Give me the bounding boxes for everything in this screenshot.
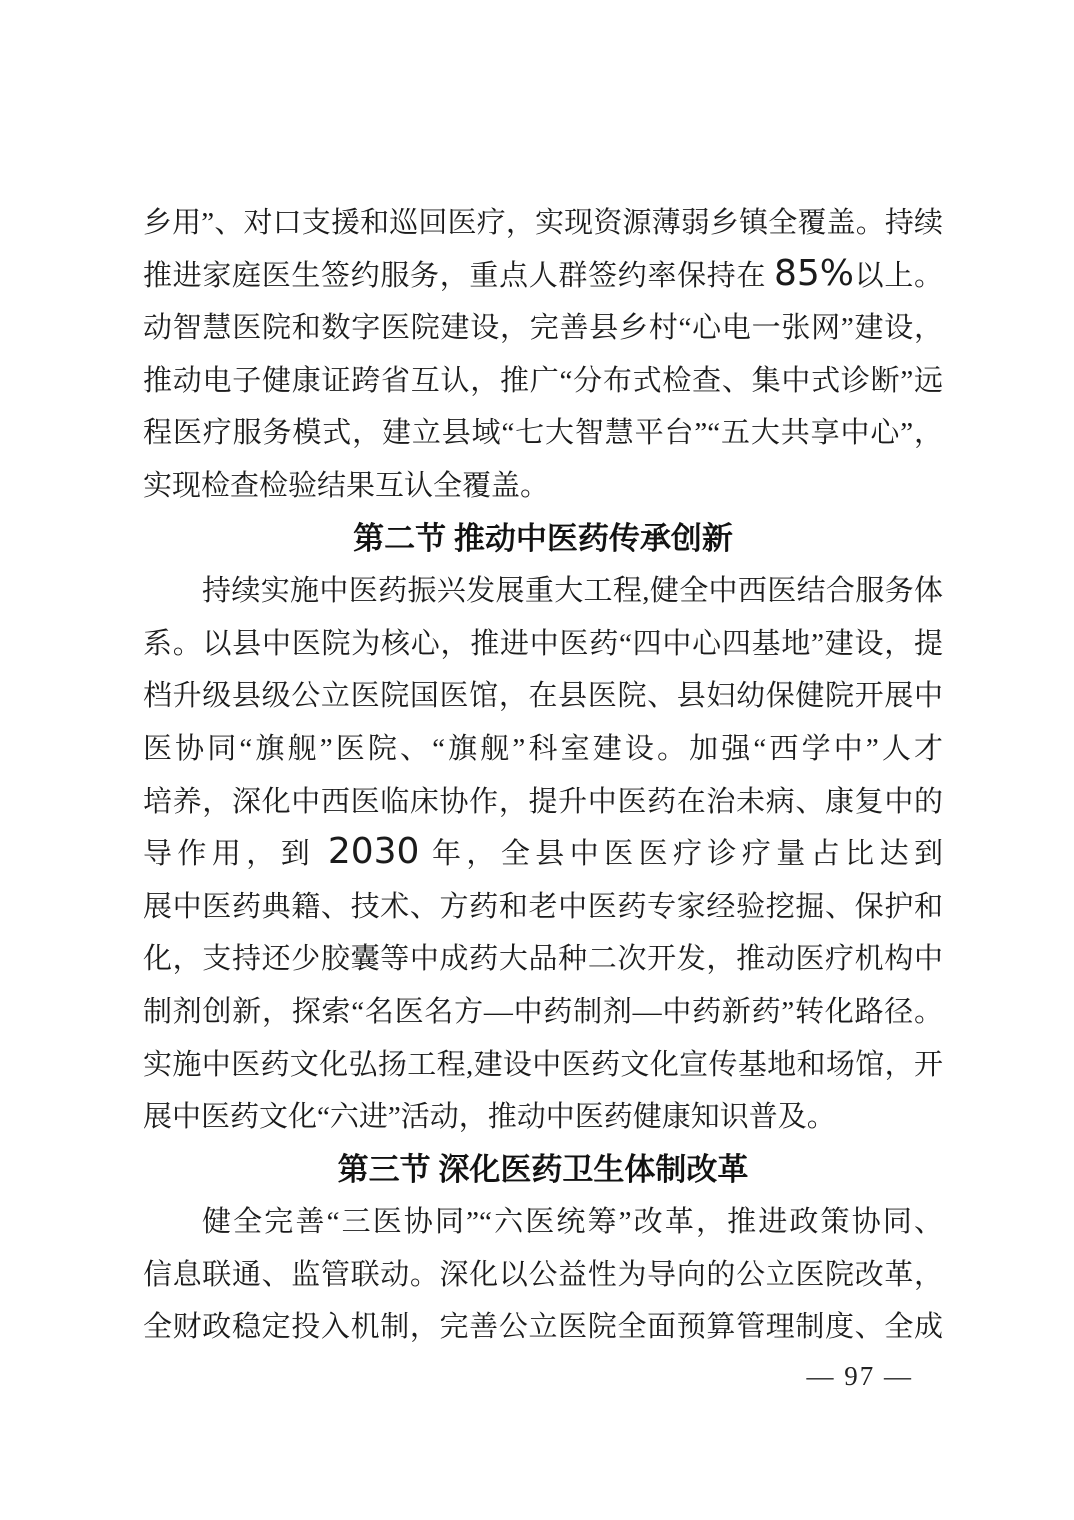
page-number: — 97 — — [807, 1356, 914, 1396]
page-content: 乡用”、对口支援和巡回医疗，实现资源薄弱乡镇全覆盖。持续 推进家庭医生签约服务，… — [143, 197, 943, 1354]
section-2-paragraph: 持续实施中医药振兴发展重大工程,健全中西医结合服务体 系。以县中医院为核心，推进… — [143, 565, 943, 1144]
text-line: 程医疗服务模式，建立县域“七大智慧平台”“五大共享中心”， — [143, 407, 943, 460]
text-line: 导作用，到 2030 年，全县中医医疗诊疗量占比达到 45%。开 — [143, 828, 943, 881]
text-line: 推动电子健康证跨省互认，推广“分布式检查、集中式诊断”远 — [143, 355, 943, 408]
text-line: 展中医药典籍、技术、方药和老中医药专家经验挖掘、保护和转 — [143, 881, 943, 934]
text-line: 实现检查检验结果互认全覆盖。 — [143, 460, 943, 513]
text-line: 信息联通、监管联动。深化以公益性为导向的公立医院改革，健 — [143, 1249, 943, 1302]
section-2-heading: 第二节 推动中医药传承创新 — [143, 513, 943, 566]
text-line: 乡用”、对口支援和巡回医疗，实现资源薄弱乡镇全覆盖。持续 — [143, 197, 943, 250]
text-line: 系。以县中医院为核心，推进中医药“四中心四基地”建设，提 — [143, 618, 943, 671]
text-line: 展中医药文化“六进”活动，推动中医药健康知识普及。 — [143, 1091, 943, 1144]
text-line: 实施中医药文化弘扬工程,建设中医药文化宣传基地和场馆，开 — [143, 1039, 943, 1092]
paragraph-continued: 乡用”、对口支援和巡回医疗，实现资源薄弱乡镇全覆盖。持续 推进家庭医生签约服务，… — [143, 197, 943, 513]
text-line: 制剂创新，探索“名医名方—中药制剂—中药新药”转化路径。 — [143, 986, 943, 1039]
text-line: 健全完善“三医协同”“六医统筹”改革，推进政策协同、 — [143, 1196, 943, 1249]
text-line: 医协同“旗舰”医院、“旗舰”科室建设。加强“西学中”人才 — [143, 723, 943, 776]
text-line: 档升级县级公立医院国医馆，在县医院、县妇幼保健院开展中西 — [143, 670, 943, 723]
text-line: 动智慧医院和数字医院建设，完善县乡村“心电一张网”建设， — [143, 302, 943, 355]
text-line: 培养，深化中西医临床协作，提升中医药在治未病、康复中的主 — [143, 776, 943, 829]
document-page: 乡用”、对口支援和巡回医疗，实现资源薄弱乡镇全覆盖。持续 推进家庭医生签约服务，… — [0, 0, 1074, 1520]
section-3-heading: 第三节 深化医药卫生体制改革 — [143, 1144, 943, 1197]
text-line: 化，支持还少胶囊等中成药大品种二次开发，推动医疗机构中药 — [143, 933, 943, 986]
section-3-paragraph: 健全完善“三医协同”“六医统筹”改革，推进政策协同、 信息联通、监管联动。深化以… — [143, 1196, 943, 1354]
text-line: 全财政稳定投入机制，完善公立医院全面预算管理制度、全成本 — [143, 1301, 943, 1354]
text-line: 持续实施中医药振兴发展重大工程,健全中西医结合服务体 — [143, 565, 943, 618]
text-line: 推进家庭医生签约服务，重点人群签约率保持在 85%以上。推 — [143, 250, 943, 303]
